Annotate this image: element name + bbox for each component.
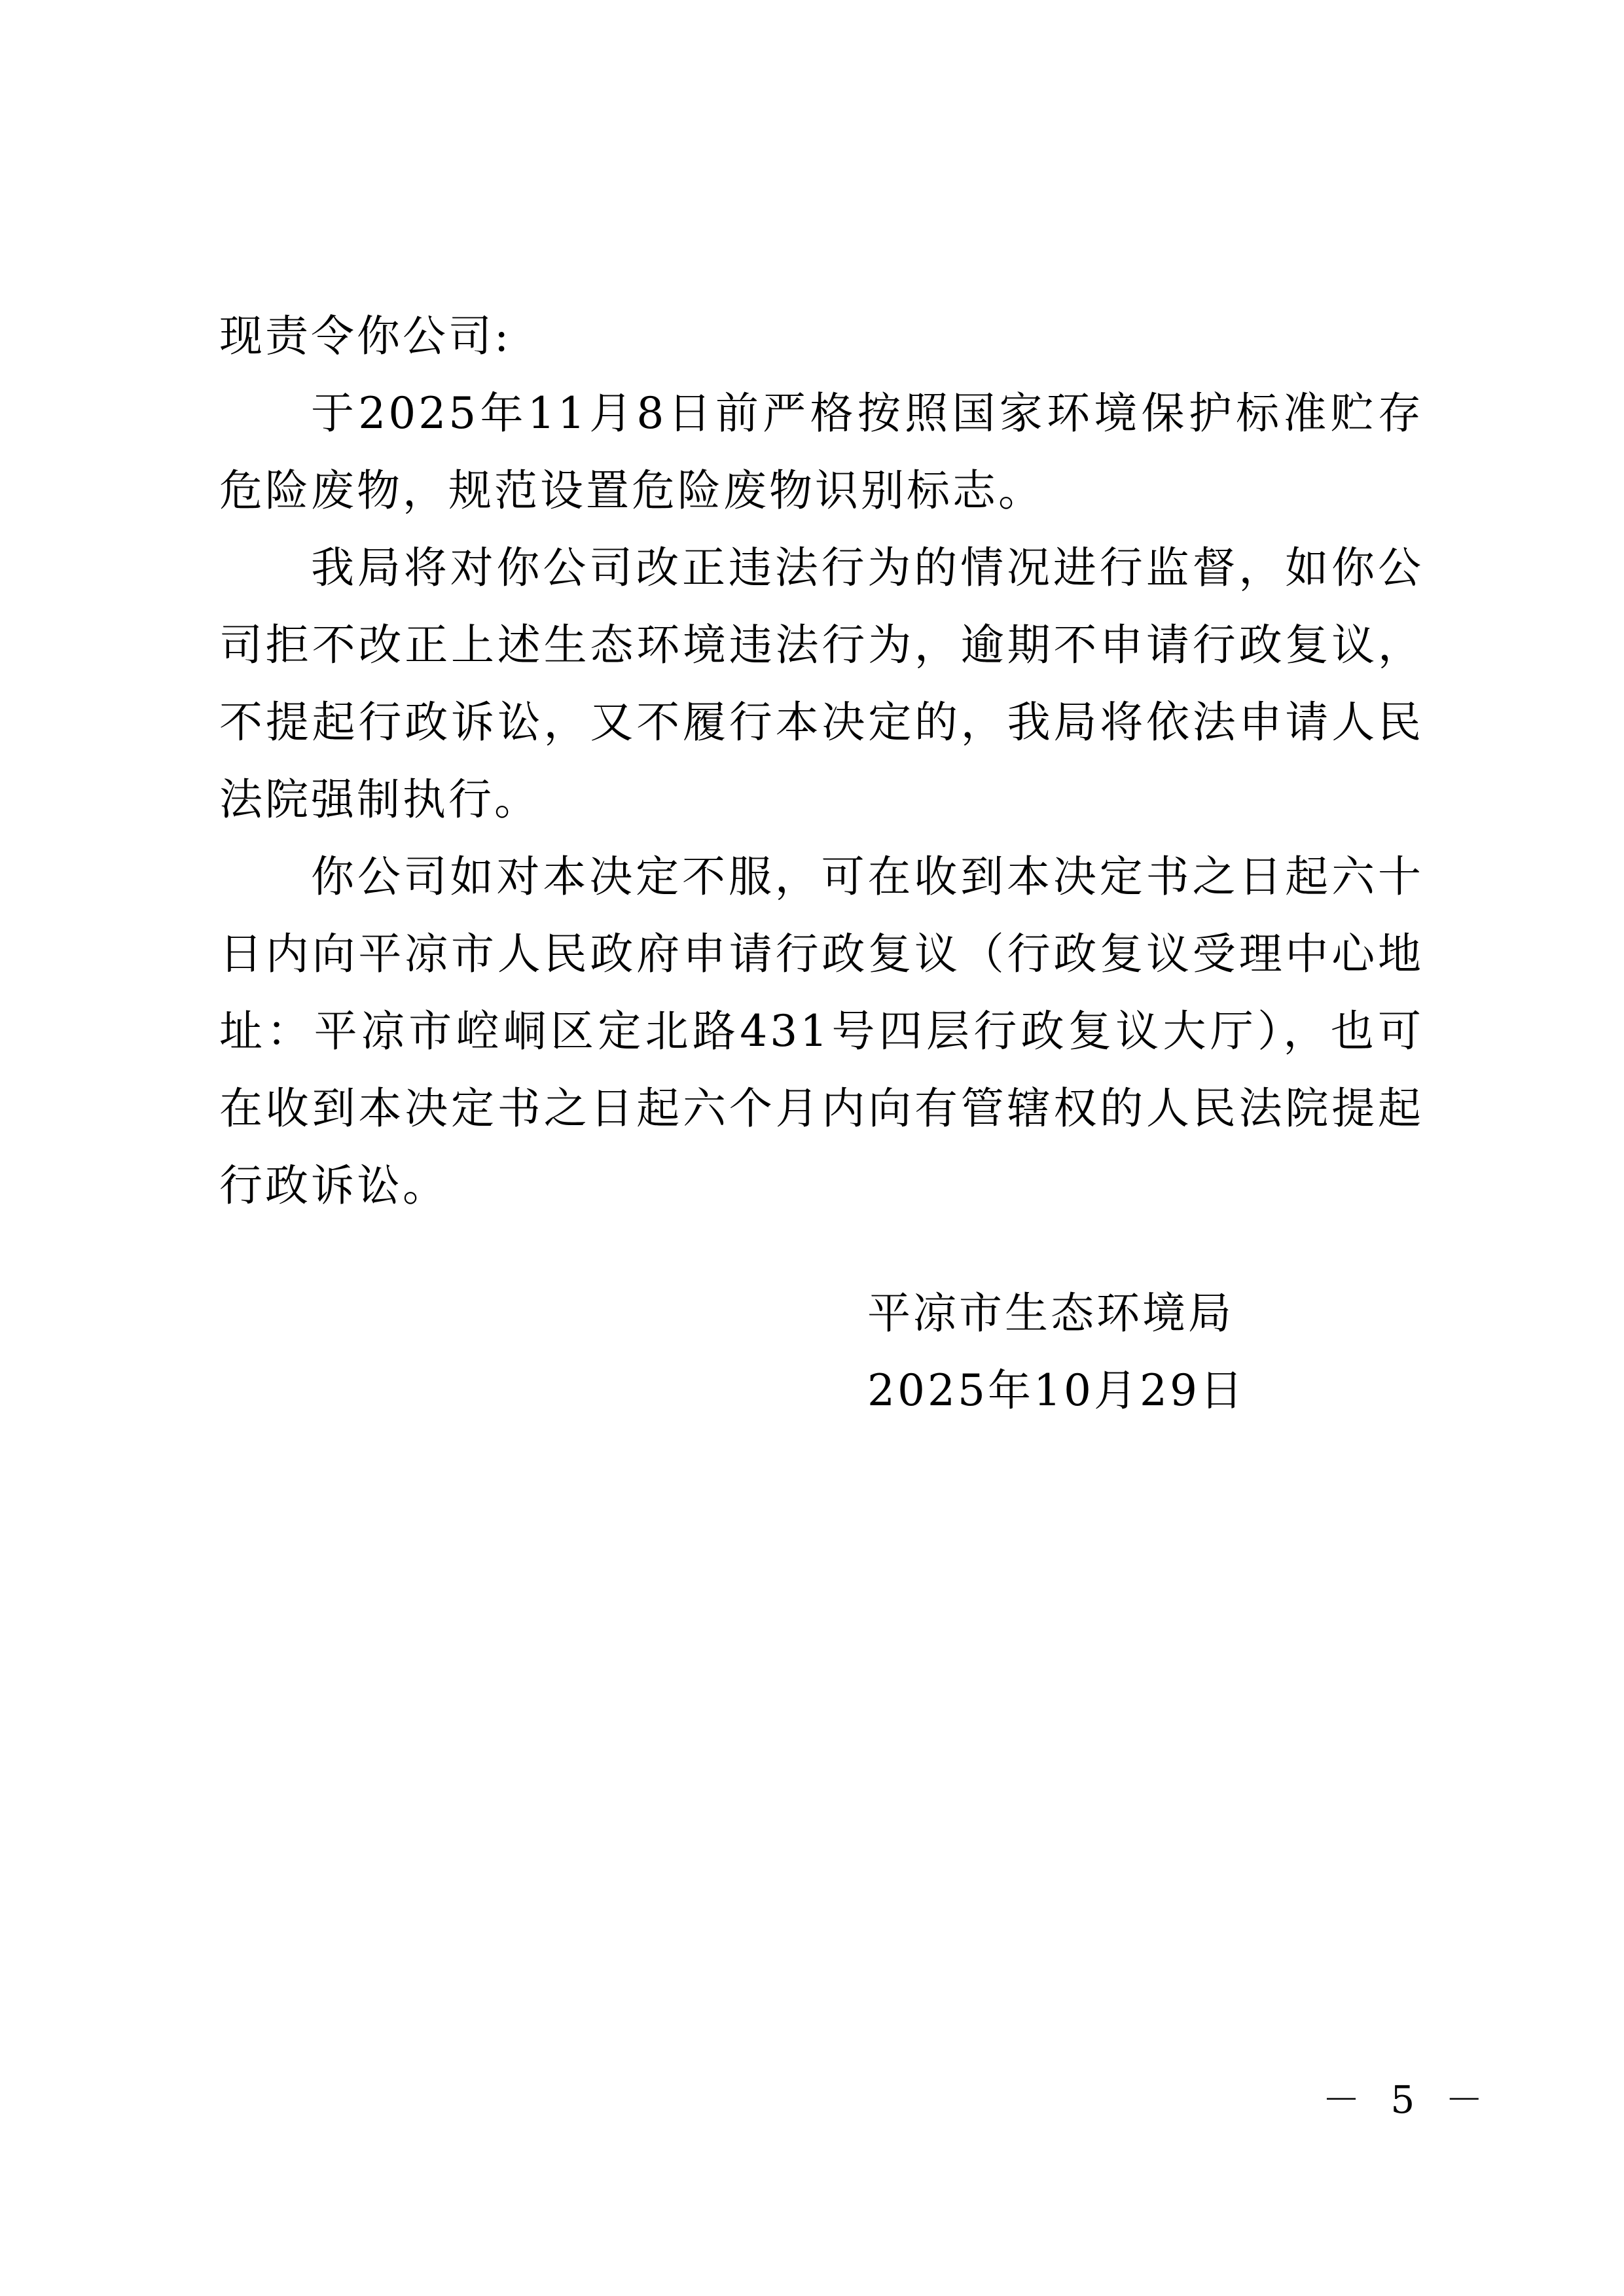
document-body: 现责令你公司: 于2025年11月8日前严格按照国家环境保护标准贮存危险废物，规…: [219, 298, 1424, 1225]
issue-date: 2025年10月29日: [867, 1352, 1246, 1429]
document-page: 现责令你公司: 于2025年11月8日前严格按照国家环境保护标准贮存危险废物，规…: [0, 0, 1624, 2296]
salutation: 现责令你公司:: [219, 298, 1424, 375]
paragraph-supervision: 我局将对你公司改正违法行为的情况进行监督，如你公司拒不改正上述生态环境违法行为，…: [219, 529, 1424, 838]
issuer-name: 平凉市生态环境局: [867, 1275, 1246, 1352]
paragraph-order: 于2025年11月8日前严格按照国家环境保护标准贮存危险废物，规范设置危险废物识…: [219, 375, 1424, 529]
paragraph-appeal-rights: 你公司如对本决定不服，可在收到本决定书之日起六十日内向平凉市人民政府申请行政复议…: [219, 838, 1424, 1225]
signature-block: 平凉市生态环境局 2025年10月29日: [867, 1275, 1246, 1429]
page-number: － 5 －: [1322, 2073, 1492, 2126]
